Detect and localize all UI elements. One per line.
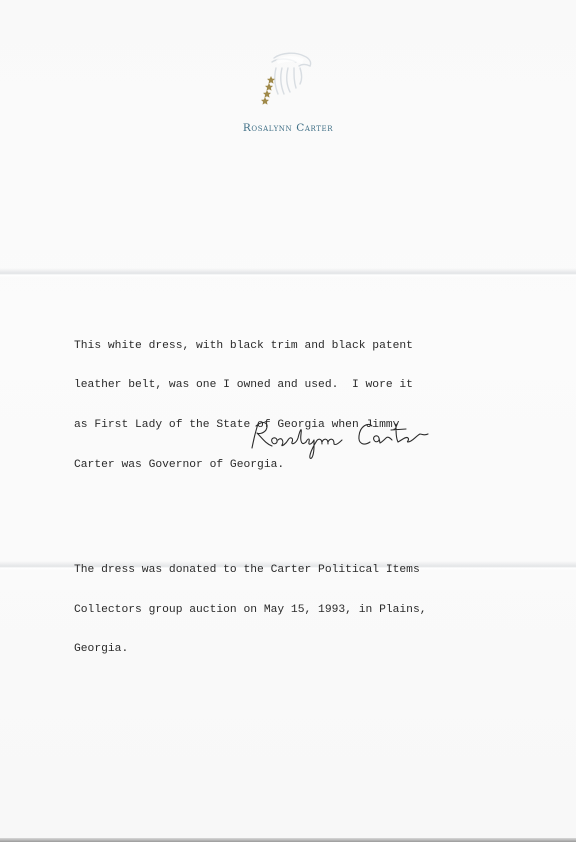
fold-line-upper	[0, 268, 576, 278]
letterhead-name: Rosalynn Carter	[0, 122, 576, 134]
letter-body: This white dress, with black trim and bl…	[74, 287, 544, 709]
signature: Rosalynn Carter	[246, 412, 466, 462]
text-line: This white dress, with black trim and bl…	[74, 340, 544, 353]
text-line: Georgia.	[74, 643, 544, 656]
paragraph-2: The dress was donated to the Carter Poli…	[74, 538, 544, 683]
text-line: The dress was donated to the Carter Poli…	[74, 564, 544, 577]
paper-bottom-edge	[0, 838, 576, 842]
text-line: Collectors group auction on May 15, 1993…	[74, 604, 544, 617]
text-line: leather belt, was one I owned and used. …	[74, 379, 544, 392]
letter-paper: Rosalynn Carter This white dress, with b…	[0, 0, 576, 842]
eagle-emblem-icon	[252, 50, 316, 106]
star-icon	[261, 76, 275, 105]
paragraph-1: This white dress, with black trim and bl…	[74, 313, 544, 498]
